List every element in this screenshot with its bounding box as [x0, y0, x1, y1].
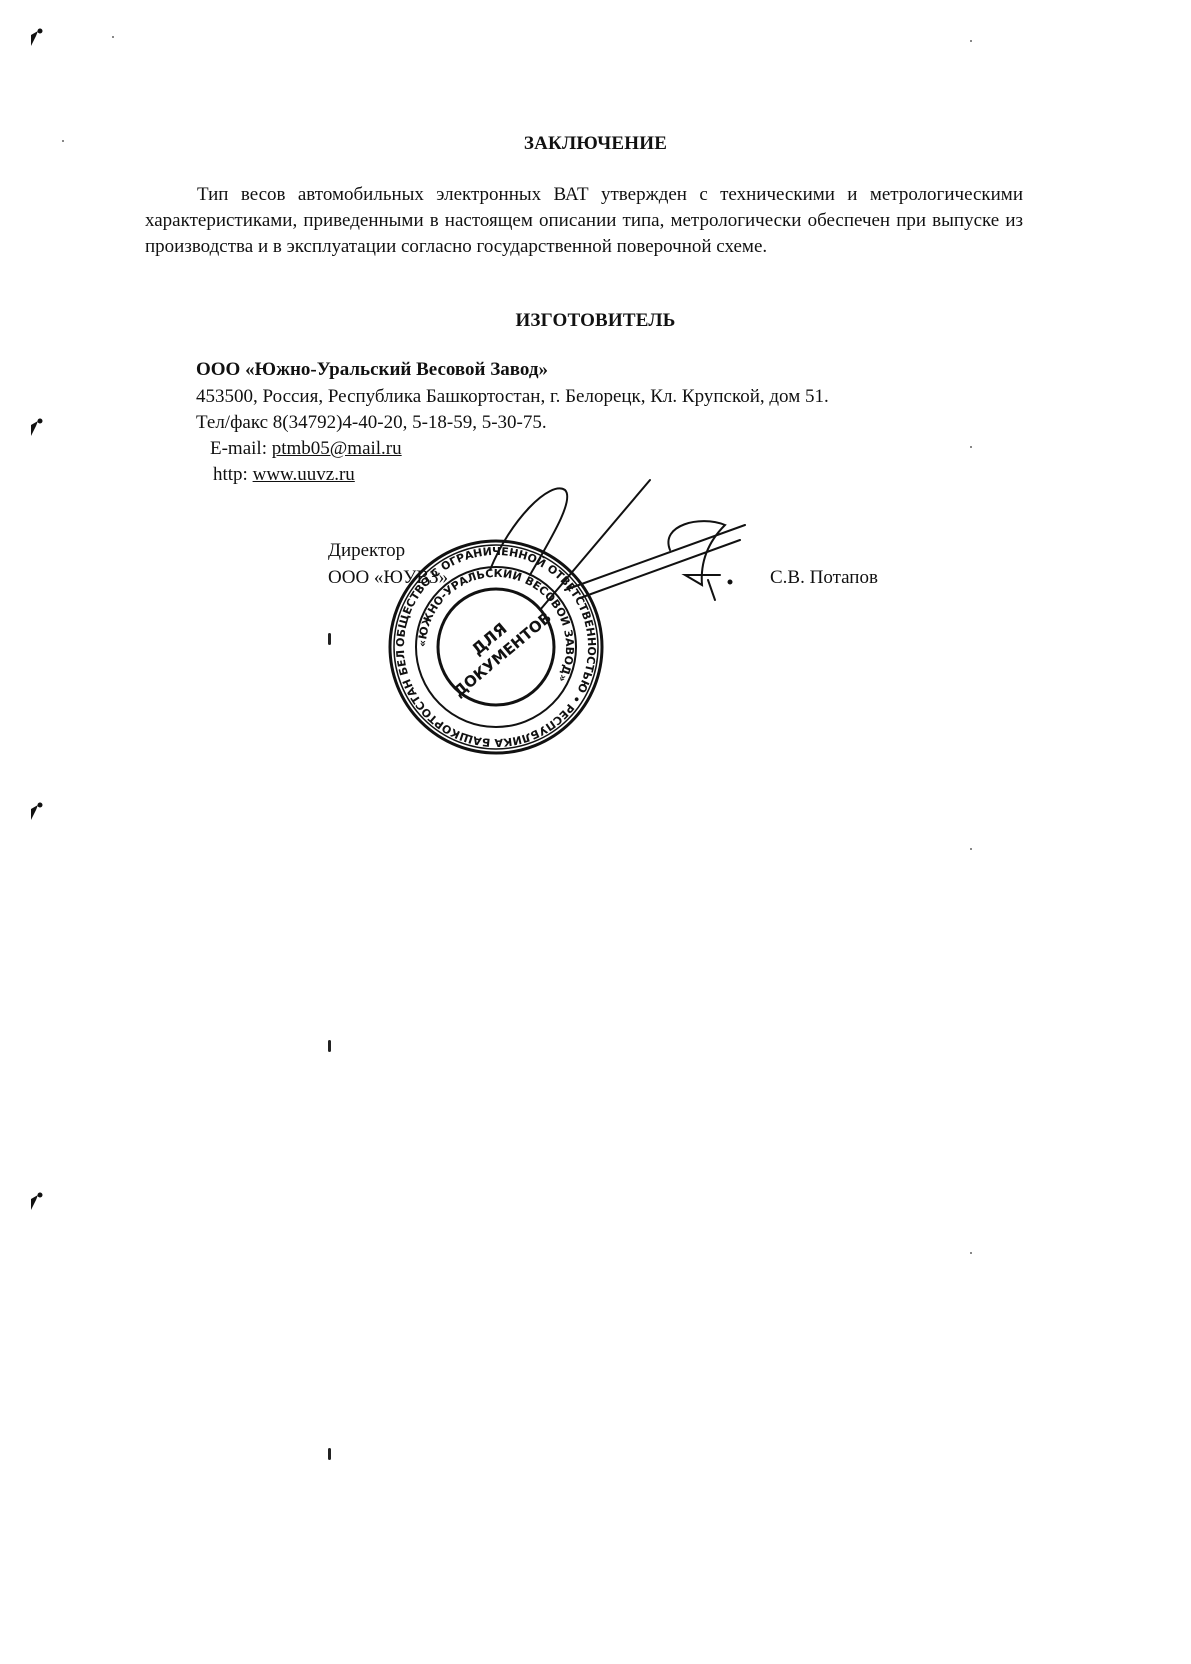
email-link[interactable]: ptmb05@mail.ru [272, 438, 402, 459]
scan-dot [970, 40, 972, 42]
scan-dot [112, 36, 114, 38]
conclusion-paragraph: Тип весов автомобильных электронных ВАТ … [145, 182, 1023, 260]
punch-mark-3 [30, 802, 44, 825]
scan-artifact-icon [30, 418, 44, 436]
punch-mark-2 [30, 418, 44, 441]
handwritten-signature [470, 480, 770, 630]
scan-speck [328, 633, 331, 645]
signatory-name: С.В. Потапов [770, 565, 878, 591]
company-address: 453500, Россия, Республика Башкортостан,… [196, 384, 829, 410]
web-label: http: [213, 464, 248, 485]
scan-artifact-icon [30, 802, 44, 820]
scan-artifact-icon [30, 1192, 44, 1210]
scan-artifact-icon [30, 28, 44, 46]
scan-speck [328, 1448, 331, 1460]
web-line: http: www.uuvz.ru [213, 462, 355, 488]
manufacturer-heading: ИЗГОТОВИТЕЛЬ [0, 310, 1191, 332]
company-phone: Тел/факс 8(34792)4-40-20, 5-18-59, 5-30-… [196, 410, 547, 436]
scan-speck [328, 1040, 331, 1052]
scan-dot [970, 848, 972, 850]
signature-icon [470, 480, 770, 630]
email-line: E-mail: ptmb05@mail.ru [210, 436, 402, 462]
conclusion-text: Тип весов автомобильных электронных ВАТ … [145, 184, 1023, 257]
scan-dot [970, 446, 972, 448]
company-name: ООО «Южно-Уральский Весовой Завод» [196, 357, 548, 383]
web-link[interactable]: www.uuvz.ru [253, 464, 355, 485]
conclusion-heading: ЗАКЛЮЧЕНИЕ [0, 133, 1191, 155]
punch-mark-4 [30, 1192, 44, 1215]
punch-mark-1 [30, 28, 44, 51]
scan-dot [970, 1252, 972, 1254]
email-label: E-mail: [210, 438, 267, 459]
